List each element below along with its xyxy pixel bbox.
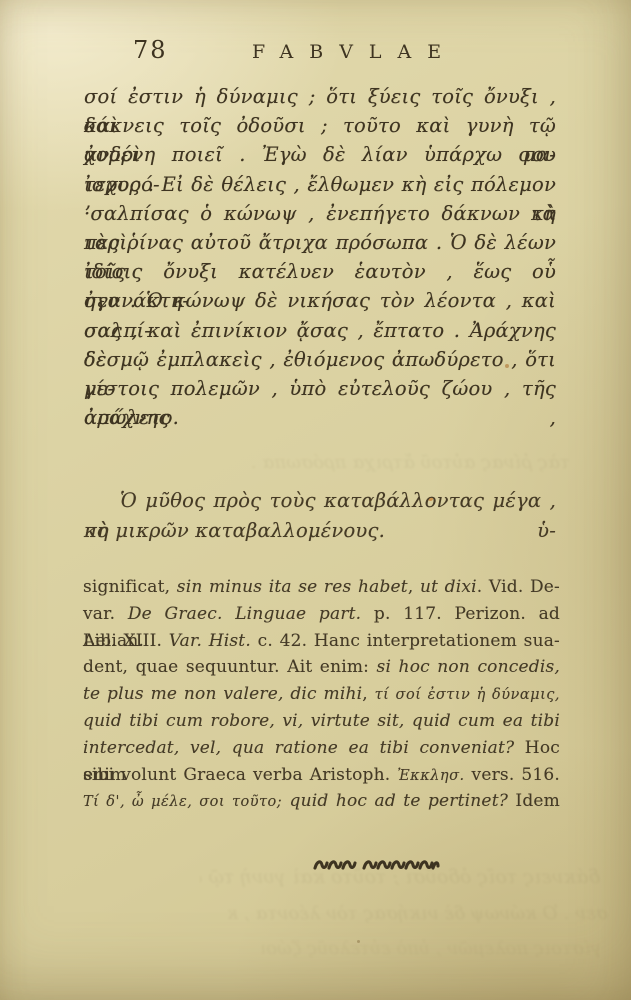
commentary-line: sibi volunt Graeca verba Aristoph. Ἐκκλη…: [83, 762, 560, 789]
page-number: 78: [133, 36, 168, 64]
greek-line: σεν . Ὁ κώνωψ δὲ νικήσας τὸν λέοντα , κα…: [84, 286, 556, 315]
bleedthrough-text: σεν . Ὁ κώνωψ δὲ νικήσας τὸν λέοντα , κα…: [228, 903, 608, 924]
greek-line: σας , καὶ ἐπινίκιον ᾄσας , ἔπτατο . Ἀράχ…: [84, 316, 556, 345]
greek-line: σοί ἐστιν ἡ δύναμις ; ὅτι ξύεις τοῖς ὄνυ…: [84, 82, 556, 111]
paper-stain: [357, 940, 360, 943]
squiggle-ornament-icon: [312, 857, 440, 873]
moral-text: Ὁ μῦθος πρὸς τοὺς καταβάλλοντας μέγα , κ…: [84, 486, 556, 546]
greek-line: τερος . Εἰ δὲ θέλεις , ἔλθωμεν κὴ εἰς πό…: [84, 170, 556, 199]
commentary-line: Lib. XIII. Var. Hist. c. 42. Hanc interp…: [83, 628, 560, 655]
commentary-line: te plus me non valere, dic mihi, τί σοί …: [83, 681, 560, 708]
greek-line: δάκνεις τοῖς ὀδοῦσι ; τοῦτο καὶ γυνὴ τῷ …: [84, 111, 556, 140]
greek-line: ἰδίοις ὄνυξι κατέλυεν ἑαυτὸν , ἕως οὗ ἠγ…: [84, 257, 556, 286]
greek-fable-text: σοί ἐστιν ἡ δύναμις ; ὅτι ξύεις τοῖς ὄνυ…: [84, 82, 556, 432]
greek-line: δεσμῷ ἐμπλακεὶς , ἐθιόμενος ἀπωδύρετο , …: [84, 345, 556, 374]
running-title: FABVLAE: [252, 41, 472, 63]
greek-line: τὰς ῥίνας αὐτοῦ ἄτριχα πρόσωπα . Ὁ δὲ λέ…: [84, 228, 556, 257]
commentary-line: significat, sin minus ita se res habet, …: [83, 574, 560, 601]
commentary-line: intercedat, vel, qua ratione ea tibi con…: [83, 735, 560, 762]
commentary-line: quid tibi cum robore, vi, virtute sit, q…: [83, 708, 560, 735]
greek-line: χομένη ποιεῖ . Ἐγὼ δὲ λίαν ὑπάρχω σου ἰσ…: [84, 140, 556, 169]
commentary-line: dent, quae sequuntur. Ait enim: si hoc n…: [83, 654, 560, 681]
moral-line: Ὁ μῦθος πρὸς τοὺς καταβάλλοντας μέγα , κ…: [84, 486, 556, 516]
bleedthrough-text: γίστοις πολεμῶν , ὑπὸ εὐτελοῦς ζώου , τῆ…: [262, 938, 602, 959]
greek-line: γίστοις πολεμῶν , ὑπὸ εὐτελοῦς ζώου , τῆ…: [84, 374, 556, 403]
book-page: τὰς ῥίνας αὐτοῦ ἄτριχα πρόσωπα . Ὁ δὲ λέ…: [0, 0, 631, 1000]
greek-line: ʼσαλπίσας ὁ κώνωψ , ἐνεπήγετο δάκνων τὰ …: [84, 199, 556, 228]
commentary-line: Τί δ', ὦ μέλε, σοι τοῦτο; quid hoc ad te…: [83, 788, 560, 815]
commentary-line: var. De Graec. Linguae part. p. 117. Per…: [83, 601, 560, 628]
bleedthrough-text: τὰς ῥίνας αὐτοῦ ἄτριχα πρόσωπα . Ὁ δὲ λέ…: [250, 452, 570, 473]
commentary-text: significat, sin minus ita se res habet, …: [83, 574, 560, 815]
